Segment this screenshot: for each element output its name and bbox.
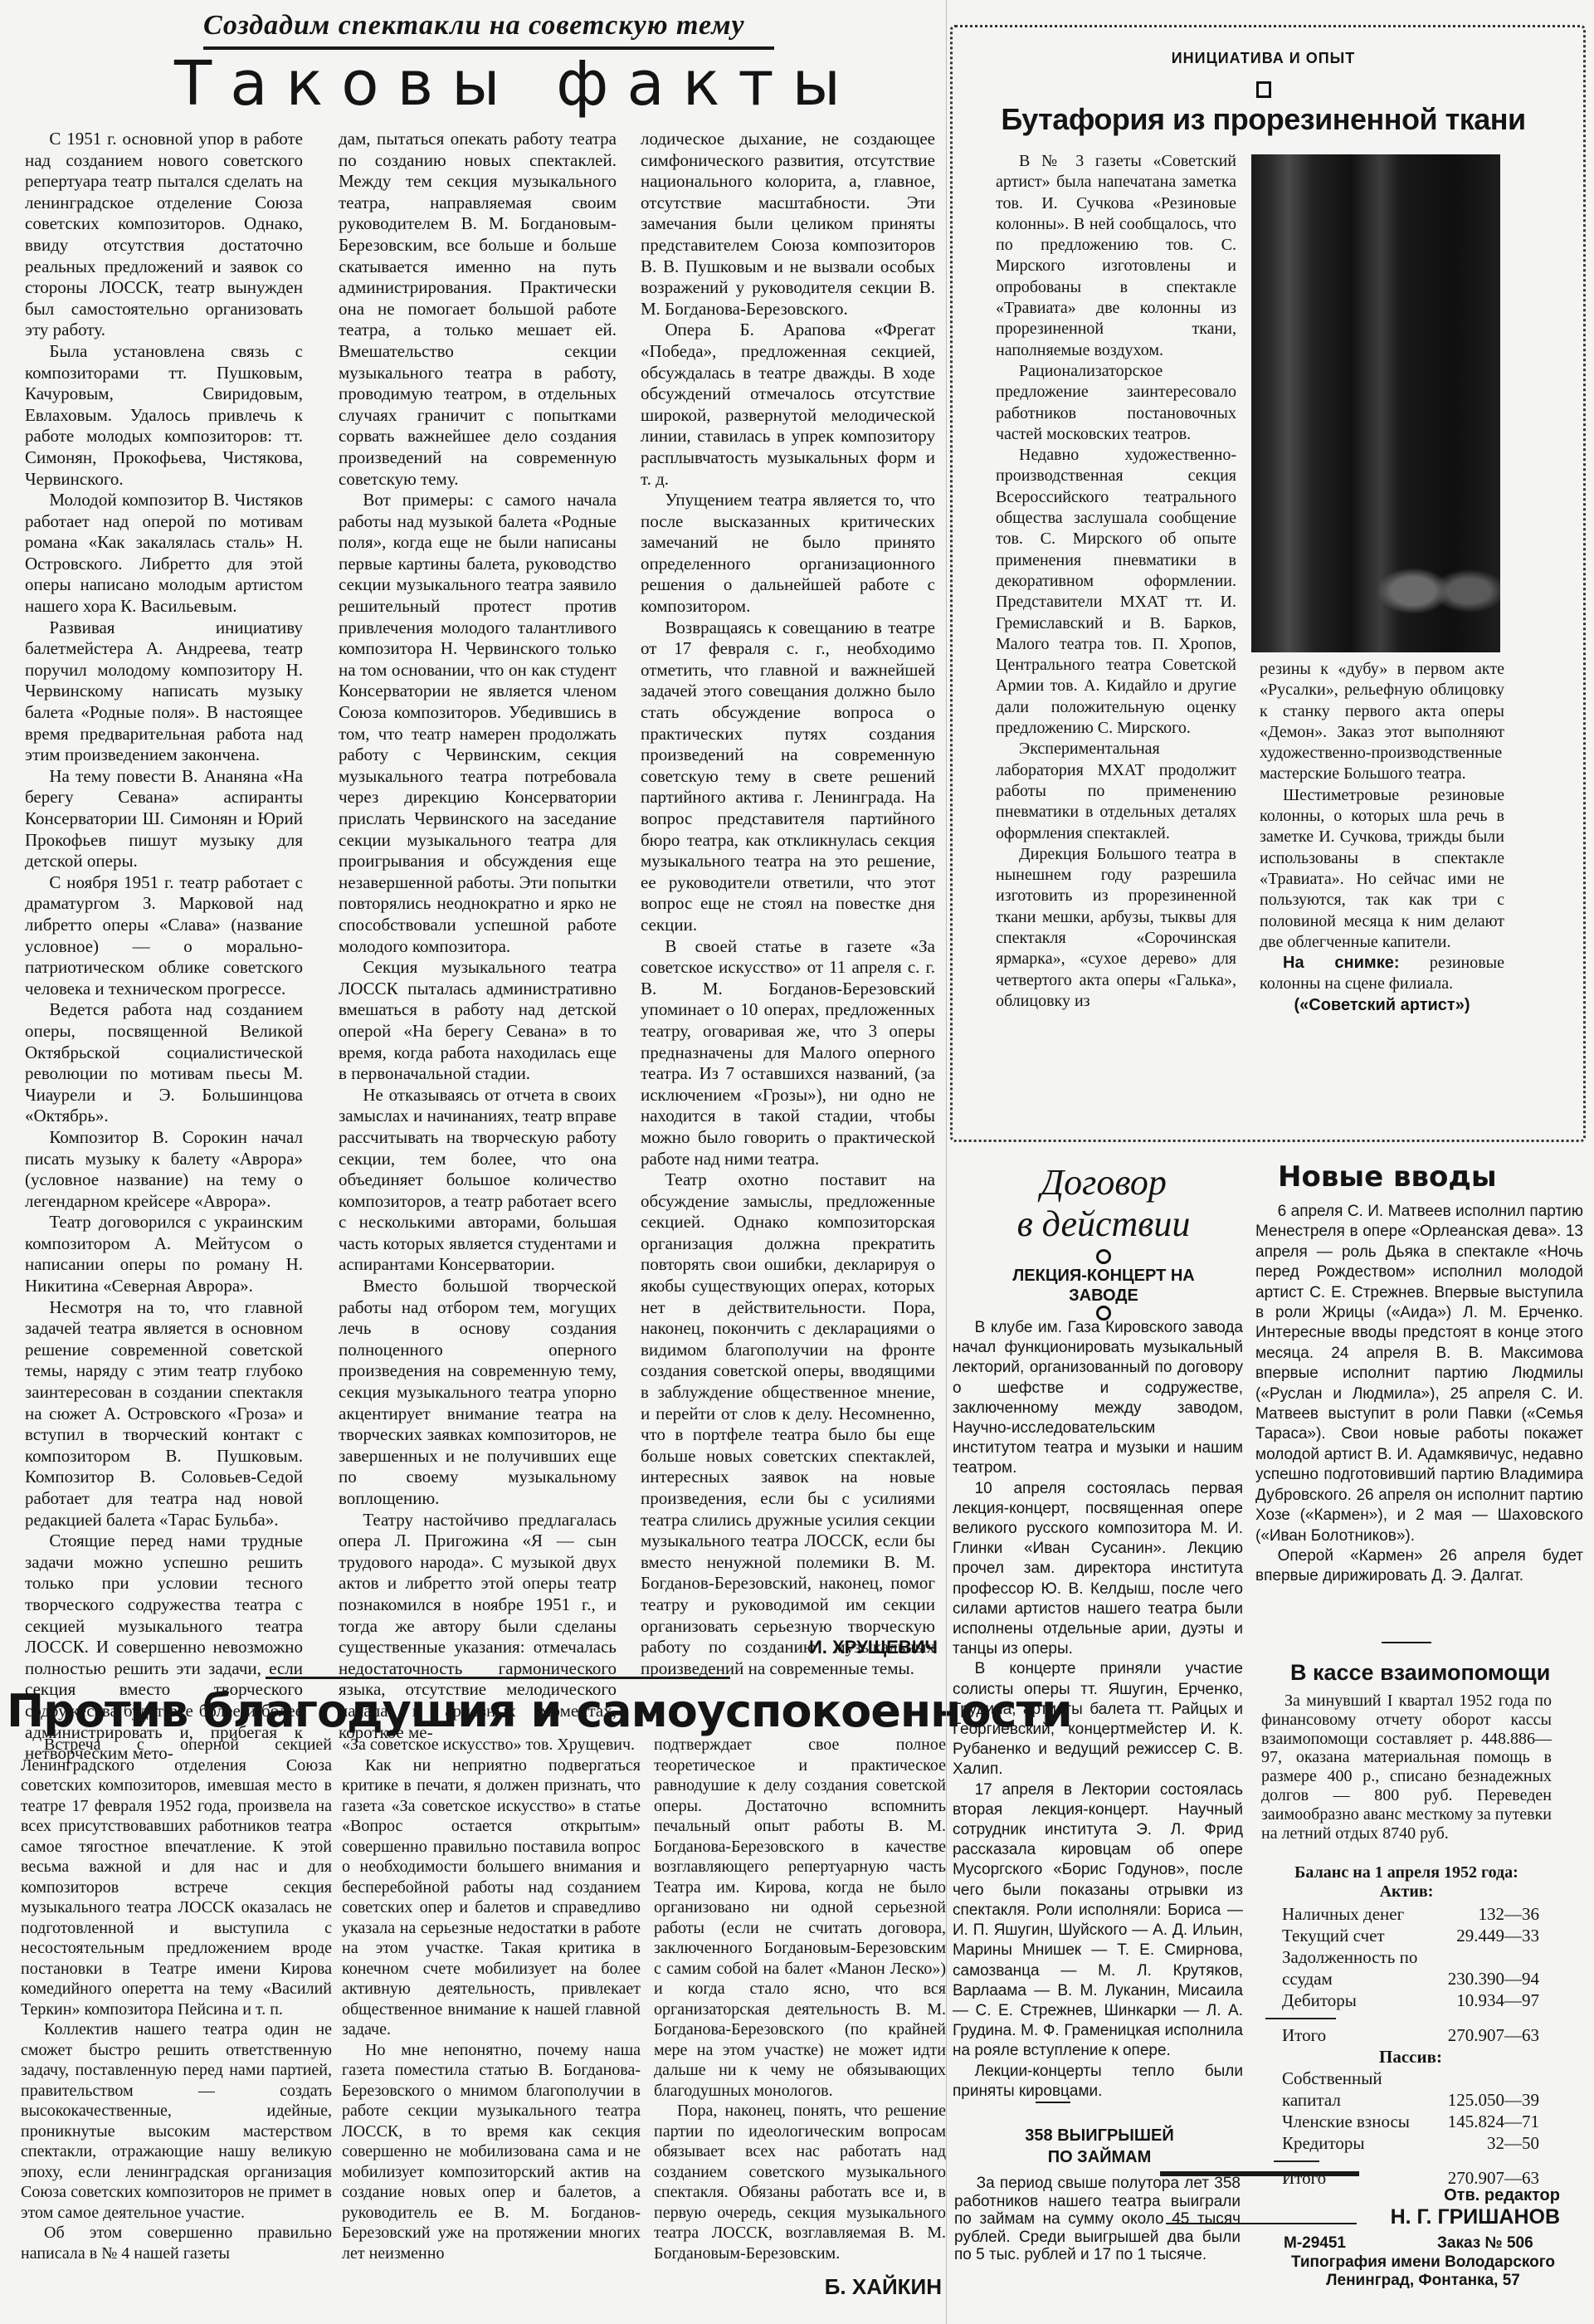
dogovor-subtitle: ЛЕКЦИЯ-КОНЦЕРТ НА ЗАВОДЕ bbox=[983, 1266, 1224, 1306]
mutual-aid-title: В кассе взаимопомощи bbox=[1290, 1660, 1550, 1686]
footer-thin-rule bbox=[1166, 2223, 1357, 2224]
asset-row: Наличных денег132—36 bbox=[1282, 1903, 1539, 1925]
mutual-aid-body: За минувший I квартал 1952 года по финан… bbox=[1261, 1692, 1552, 1843]
article-column-2: дам, пытаться опекать работу театра по с… bbox=[339, 129, 617, 1743]
assets-table: Наличных денег132—36 Текущий счет29.449—… bbox=[1282, 1903, 1539, 2189]
second-column-3: подтверждает свое полное теоретическое и… bbox=[654, 1735, 946, 2263]
total-rule bbox=[1265, 2018, 1336, 2019]
asset-row: Дебиторы10.934—97 bbox=[1282, 1990, 1539, 2011]
print-code: М-29451 bbox=[1284, 2234, 1346, 2253]
section-kicker: Создадим спектакли на советскую тему bbox=[203, 10, 745, 41]
dogovor-body: В клубе им. Газа Кировского завода начал… bbox=[953, 1318, 1243, 2102]
liabilities-label: Пассив: bbox=[1282, 2046, 1539, 2068]
dogovor-title: Договорв действии bbox=[954, 1162, 1253, 1245]
mutual-aid-divider bbox=[1382, 1642, 1431, 1643]
liability-row: Членские взносы145.824—71 bbox=[1282, 2111, 1539, 2132]
sidebar-column-left: В № 3 газеты «Советский артист» была нап… bbox=[996, 151, 1236, 1012]
second-signature: Б. ХАЙКИН bbox=[747, 2274, 942, 2300]
loans-divider bbox=[1036, 2102, 1070, 2103]
asset-row: Текущий счет29.449—33 bbox=[1282, 1925, 1539, 1946]
balance-title: Баланс на 1 апреля 1952 года: bbox=[1261, 1863, 1552, 1882]
liability-row: Кредиторы32—50 bbox=[1282, 2132, 1539, 2154]
second-column-2: «За советское искусство» тов. Хрущевич.К… bbox=[342, 1735, 641, 2263]
assets-total-row: Итого270.907—63 bbox=[1282, 2024, 1539, 2046]
new-entries-body: 6 апреля С. И. Матвеев исполнил партию М… bbox=[1255, 1202, 1583, 1587]
second-article-title: Против благодушия и самоуспокоенности bbox=[7, 1685, 1072, 1737]
sidebar-column-right: резины к «дубу» в первом акте «Русалки»,… bbox=[1260, 659, 1504, 1016]
rubric-square-icon bbox=[954, 81, 1572, 102]
caption-source: («Советский артист») bbox=[1260, 995, 1504, 1016]
caption-label: На снимке: bbox=[1283, 954, 1400, 972]
stage-photo bbox=[1251, 154, 1500, 652]
editor-label: Отв. редактор bbox=[1278, 2186, 1560, 2205]
second-column-1: Встреча с оперной секцией Ленинградского… bbox=[21, 1735, 332, 2263]
footer-thick-rule bbox=[1160, 2171, 1359, 2176]
total-rule bbox=[1274, 2160, 1319, 2162]
editor-name: Н. Г. ГРИШАНОВ bbox=[1278, 2205, 1560, 2229]
asset-row: Задолженность по ссудам230.390—94 bbox=[1282, 1946, 1539, 1990]
liability-row: Собственный капитал125.050—39 bbox=[1282, 2068, 1539, 2111]
article-column-3: лодическое дыхание, не создающее симфони… bbox=[641, 129, 935, 1679]
print-order: Заказ № 506 bbox=[1437, 2234, 1533, 2253]
loans-body: За период свыше полутора лет 358 работни… bbox=[954, 2175, 1241, 2264]
article-signature: И. ХРУЩЕВИЧ bbox=[705, 1637, 938, 1658]
assets-label: Актив: bbox=[1261, 1882, 1552, 1902]
photo-figures bbox=[1376, 536, 1500, 627]
article-title: Таковы факты bbox=[174, 48, 859, 120]
new-entries-title: Новые вводы bbox=[1278, 1160, 1497, 1194]
printer-name: Типография имени ВолодарскогоЛенинград, … bbox=[1270, 2253, 1577, 2290]
sidebar-rubric: ИНИЦИАТИВА И ОПЫТ bbox=[954, 50, 1572, 67]
article-column-1: С 1951 г. основной упор в работе над соз… bbox=[25, 129, 303, 1765]
article-divider bbox=[266, 1677, 730, 1679]
loans-title: 358 ВЫИГРЫШЕЙПО ЗАЙМАМ bbox=[954, 2125, 1245, 2168]
sidebar-title: Бутафория из прорезиненной ткани bbox=[954, 102, 1572, 137]
column-divider bbox=[946, 0, 947, 2324]
